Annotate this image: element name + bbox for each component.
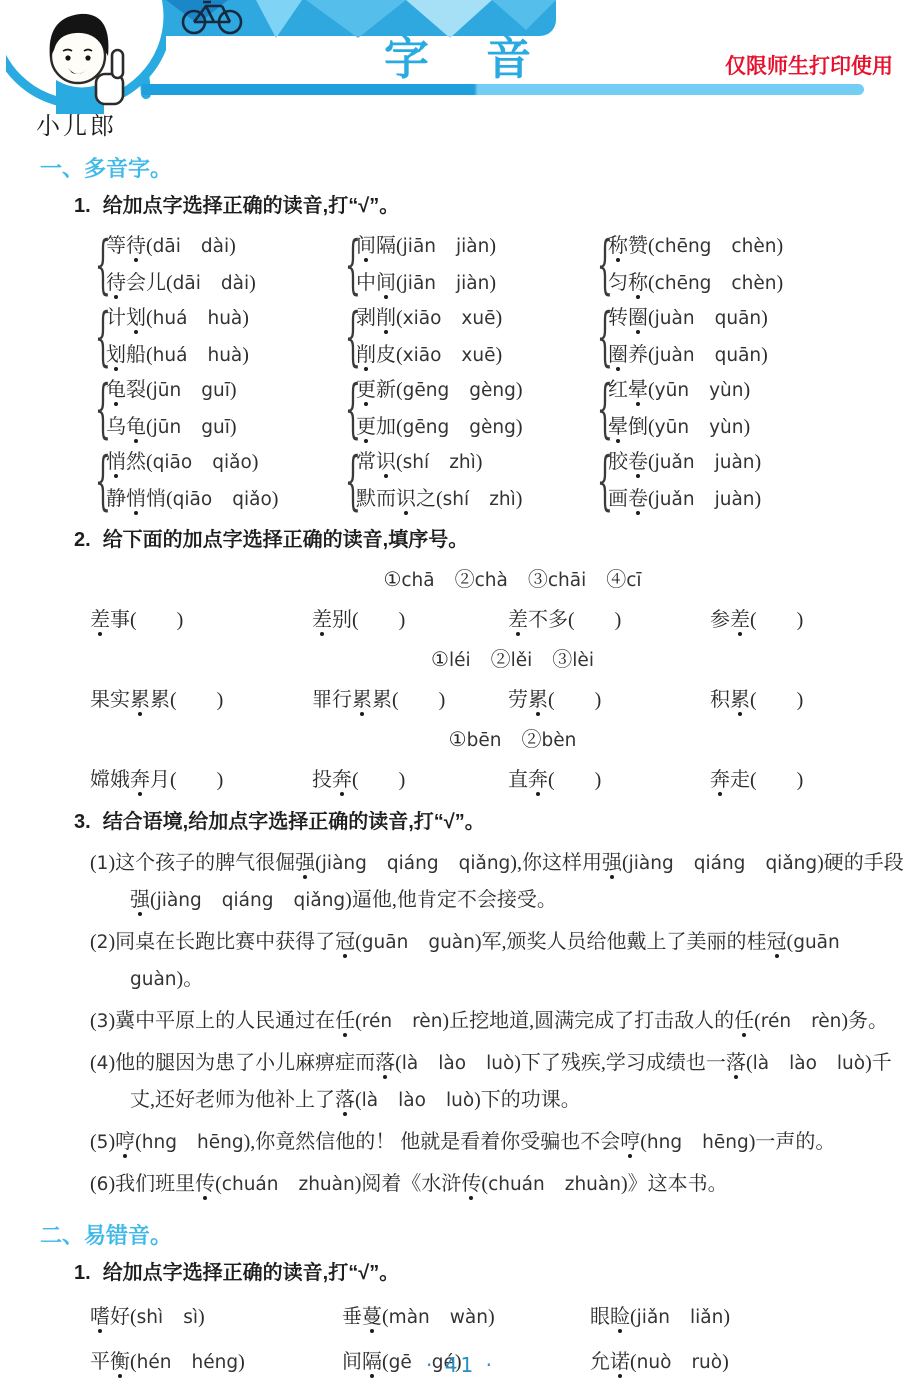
word-pinyin-line: 称赞(chēng chèn) xyxy=(608,228,783,265)
word-pinyin-line: 更加(gēng gèng) xyxy=(356,409,523,446)
fill-blank-item: 奔走( ) xyxy=(710,761,905,799)
word-pinyin-line: 中间(jiān jiàn) xyxy=(356,265,496,302)
pair-lines: 计划(huá huà)划船(huá huà) xyxy=(106,300,249,374)
sentence-item: (4)他的腿因为患了小儿麻痹症而落(là lào luò)下了残疾,学习成绩也一… xyxy=(90,1045,905,1119)
word-pinyin-line: 静悄悄(qiāo qiǎo) xyxy=(106,481,278,518)
word-pinyin-line: 划船(huá huà) xyxy=(106,337,249,374)
worksheet-page: 小儿郎 字 音 仅限师生打印使用 一、多音字。1.给加点字选择正确的读音,打“√… xyxy=(0,0,921,1397)
brace-glyph: { xyxy=(597,449,603,513)
pair-group: {计划(huá huà)划船(huá huà) xyxy=(90,301,340,373)
fill-blank-item: 积累( ) xyxy=(710,681,905,719)
sentence-item: (3)冀中平原上的人民通过在任(rén rèn)丘挖地道,圆满完成了打击敌人的任… xyxy=(90,1003,905,1040)
pair-group: {红晕(yūn yùn)晕倒(yūn yùn) xyxy=(592,373,905,445)
word-pinyin-line: 乌龟(jūn guī) xyxy=(106,409,237,446)
mascot-label: 小儿郎 xyxy=(36,106,117,141)
exercise-prompt: 2.给下面的加点字选择正确的读音,填序号。 xyxy=(74,525,905,555)
exercise-prompt: 1.给加点字选择正确的读音,打“√”。 xyxy=(74,191,905,221)
pair-lines: 称赞(chēng chèn)匀称(chēng chèn) xyxy=(608,228,783,302)
pair-group: {悄然(qiāo qiǎo)静悄悄(qiāo qiǎo) xyxy=(90,445,340,517)
sentence-item: (1)这个孩子的脾气很倔强(jiàng qiáng qiǎng),你这样用强(j… xyxy=(90,845,905,919)
word-pinyin-line: 红晕(yūn yùn) xyxy=(608,372,750,409)
fill-blank-item: 劳累( ) xyxy=(508,681,710,719)
pair-lines: 转圈(juàn quān)圈养(juàn quān) xyxy=(608,300,768,374)
word-pinyin-line: 待会儿(dāi dài) xyxy=(106,265,256,302)
pair-lines: 等待(dāi dài)待会儿(dāi dài) xyxy=(106,228,256,302)
exercise-number: 3. xyxy=(74,811,91,833)
exercise-number: 1. xyxy=(74,1262,91,1284)
pair-group: {胶卷(juǎn juàn)画卷(juǎn juàn) xyxy=(592,445,905,517)
word-pinyin-line: 常识(shí zhì) xyxy=(356,444,522,481)
sentence-item: (5)哼(hng hēng),你竟然信他的！ 他就是看着你受骗也不会哼(hng … xyxy=(90,1124,905,1161)
word-pinyin-line: 画卷(juǎn juàn) xyxy=(608,481,761,518)
section-heading: 一、多音字。 xyxy=(40,152,905,183)
pair-grid: {等待(dāi dài)待会儿(dāi dài){间隔(jiān jiàn)中间… xyxy=(90,229,905,517)
pair-group: {转圈(juàn quān)圈养(juàn quān) xyxy=(592,301,905,373)
pinyin-options-line: ①bēn ②bèn xyxy=(120,723,905,758)
pair-lines: 间隔(jiān jiàn)中间(jiān jiàn) xyxy=(356,228,496,302)
word-item: 垂蔓(màn wàn) xyxy=(342,1296,590,1339)
pair-lines: 剥削(xiāo xuē)削皮(xiāo xuē) xyxy=(356,300,502,374)
word-item: 眼睑(jiǎn liǎn) xyxy=(590,1296,905,1339)
word-pinyin-line: 胶卷(juǎn juàn) xyxy=(608,444,761,481)
brace-glyph: { xyxy=(95,449,101,513)
pinyin-options-line: ①léi ②lěi ③lèi xyxy=(120,643,905,678)
word-pinyin-line: 圈养(juàn quān) xyxy=(608,337,768,374)
print-notice: 仅限师生打印使用 xyxy=(725,50,893,80)
exercise-prompt: 3.结合语境,给加点字选择正确的读音,打“√”。 xyxy=(74,807,905,837)
sentence-item: (2)同桌在长跑比赛中获得了冠(guān guàn)军,颁奖人员给他戴上了美丽的… xyxy=(90,924,905,998)
word-pinyin-line: 削皮(xiāo xuē) xyxy=(356,337,502,374)
pair-lines: 更新(gēng gèng)更加(gēng gèng) xyxy=(356,372,523,446)
brace-glyph: { xyxy=(95,305,101,369)
word-pinyin-line: 悄然(qiāo qiǎo) xyxy=(106,444,278,481)
fill-blank-item: 投奔( ) xyxy=(312,761,508,799)
fill-blank-row: 差事( )差别( )差不多( )参差( ) xyxy=(90,601,905,639)
section-heading: 二、易错音。 xyxy=(40,1219,905,1250)
pair-lines: 胶卷(juǎn juàn)画卷(juǎn juàn) xyxy=(608,444,761,518)
fill-blank-row: 嫦娥奔月( )投奔( )直奔( )奔走( ) xyxy=(90,761,905,799)
word-pinyin-line: 晕倒(yūn yùn) xyxy=(608,409,750,446)
brace-glyph: { xyxy=(345,377,351,441)
pair-lines: 悄然(qiāo qiǎo)静悄悄(qiāo qiǎo) xyxy=(106,444,278,518)
word-item: 嗜好(shì sì) xyxy=(90,1296,342,1339)
pair-lines: 龟裂(jūn guī)乌龟(jūn guī) xyxy=(106,372,237,446)
section: 一、多音字。1.给加点字选择正确的读音,打“√”。{等待(dāi dài)待会儿… xyxy=(40,152,905,1203)
word-pinyin-line: 更新(gēng gèng) xyxy=(356,372,523,409)
page-number: · 41 · xyxy=(0,1353,921,1377)
word-pinyin-line: 剥削(xiāo xuē) xyxy=(356,300,502,337)
fill-blank-item: 差不多( ) xyxy=(508,601,710,639)
brace-glyph: { xyxy=(345,449,351,513)
word-row: 嗜好(shì sì)垂蔓(màn wàn)眼睑(jiǎn liǎn) xyxy=(90,1296,905,1339)
word-pinyin-line: 默而识之(shí zhì) xyxy=(356,481,522,518)
pair-group: {常识(shí zhì)默而识之(shí zhì) xyxy=(340,445,592,517)
brace-glyph: { xyxy=(95,233,101,297)
brace-glyph: { xyxy=(345,233,351,297)
word-pinyin-line: 计划(huá huà) xyxy=(106,300,249,337)
brace-glyph: { xyxy=(95,377,101,441)
exercise-number: 2. xyxy=(74,529,91,551)
fill-blank-item: 果实累累( ) xyxy=(90,681,312,719)
word-pinyin-line: 转圈(juàn quān) xyxy=(608,300,768,337)
fill-blank-item: 罪行累累( ) xyxy=(312,681,508,719)
word-pinyin-line: 匀称(chēng chèn) xyxy=(608,265,783,302)
word-pinyin-line: 等待(dāi dài) xyxy=(106,228,256,265)
brace-glyph: { xyxy=(597,233,603,297)
exercise-prompt: 1.给加点字选择正确的读音,打“√”。 xyxy=(74,1258,905,1288)
pair-group: {间隔(jiān jiàn)中间(jiān jiàn) xyxy=(340,229,592,301)
pair-group: {龟裂(jūn guī)乌龟(jūn guī) xyxy=(90,373,340,445)
pair-group: {等待(dāi dài)待会儿(dāi dài) xyxy=(90,229,340,301)
brace-glyph: { xyxy=(597,305,603,369)
word-pinyin-line: 间隔(jiān jiàn) xyxy=(356,228,496,265)
word-pinyin-line: 龟裂(jūn guī) xyxy=(106,372,237,409)
pinyin-options-line: ①chā ②chà ③chāi ④cī xyxy=(120,563,905,598)
pair-group: {剥削(xiāo xuē)削皮(xiāo xuē) xyxy=(340,301,592,373)
pair-group: {称赞(chēng chèn)匀称(chēng chèn) xyxy=(592,229,905,301)
fill-blank-row: 果实累累( )罪行累累( )劳累( )积累( ) xyxy=(90,681,905,719)
fill-blank-item: 差事( ) xyxy=(90,601,312,639)
exercise-number: 1. xyxy=(74,195,91,217)
pair-lines: 常识(shí zhì)默而识之(shí zhì) xyxy=(356,444,522,518)
fill-blank-item: 直奔( ) xyxy=(508,761,710,799)
worksheet-content: 一、多音字。1.给加点字选择正确的读音,打“√”。{等待(dāi dài)待会儿… xyxy=(0,152,921,1386)
sentence-item: (6)我们班里传(chuán zhuàn)阅着《水浒传(chuán zhuàn)… xyxy=(90,1166,905,1203)
fill-blank-item: 差别( ) xyxy=(312,601,508,639)
fill-blank-item: 参差( ) xyxy=(710,601,905,639)
brace-glyph: { xyxy=(597,377,603,441)
pair-lines: 红晕(yūn yùn)晕倒(yūn yùn) xyxy=(608,372,750,446)
brace-glyph: { xyxy=(345,305,351,369)
pair-group: {更新(gēng gèng)更加(gēng gèng) xyxy=(340,373,592,445)
fill-blank-item: 嫦娥奔月( ) xyxy=(90,761,312,799)
